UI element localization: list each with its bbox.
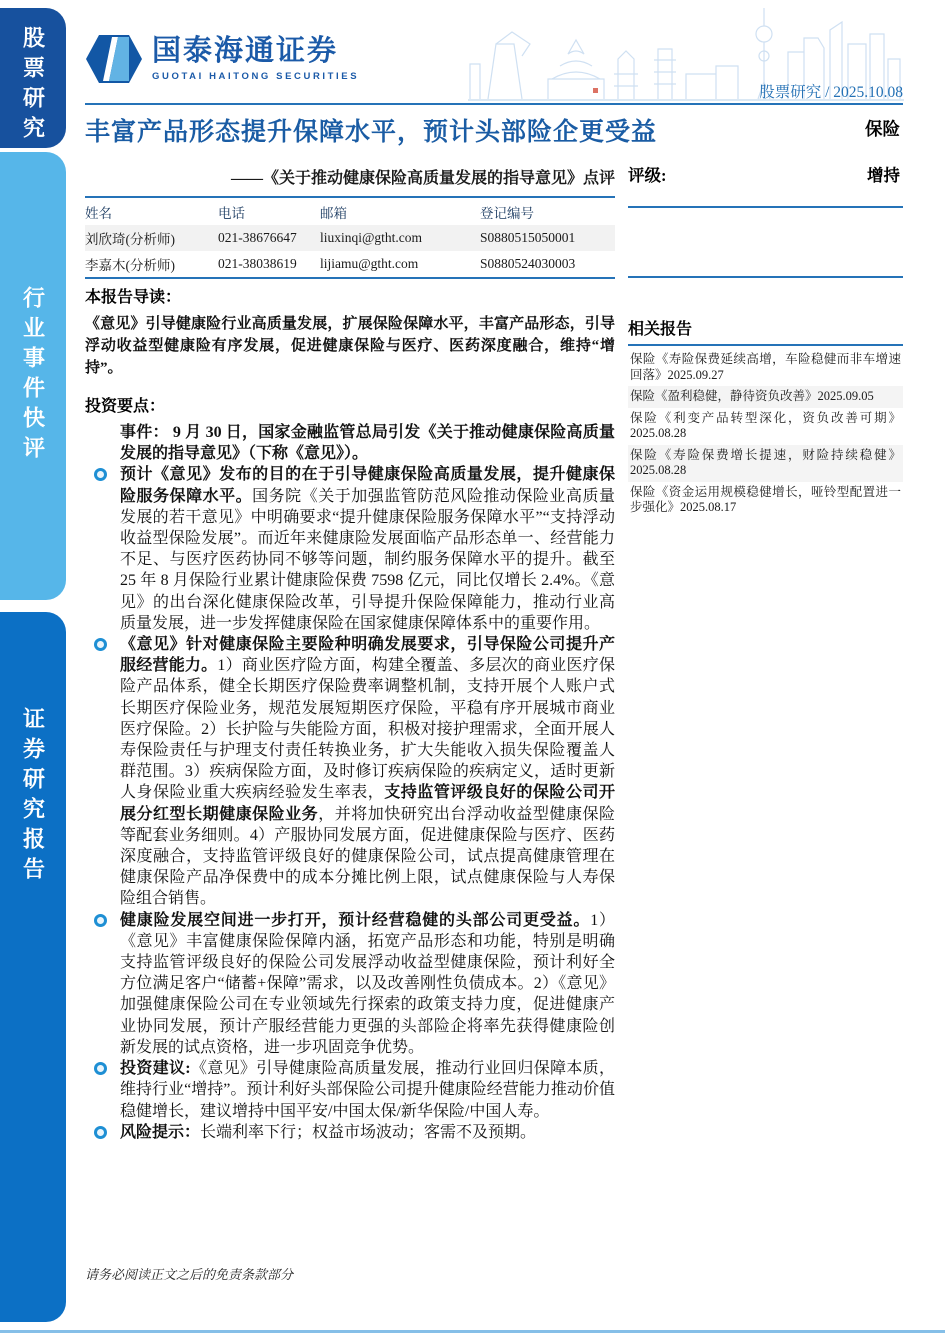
- lead-text: 《意见》引导健康险行业高质量发展，扩展保险保障水平，丰富产品形态，引导浮动收益型…: [85, 313, 615, 379]
- bullet-item: 风险提示：长端利率下行；权益市场波动；客需不及预期。: [85, 1122, 615, 1143]
- bullet-ring-icon: [94, 638, 107, 651]
- related-report-item: 保险《寿险保费增长提速，财险持续稳健》2025.08.28: [628, 445, 903, 482]
- related-report-item: 保险《资金运用规模稳健增长，哑铃型配置进一步强化》2025.08.17: [628, 482, 903, 519]
- analyst-row: 李嘉木(分析师) 021-38038619 lijiamu@gtht.com S…: [85, 251, 615, 278]
- bullet-ring-icon: [94, 468, 107, 481]
- ribbon-stock-research-label: 股票研究: [18, 26, 49, 146]
- industry-label: 保险: [628, 116, 900, 141]
- analyst-col-phone: 电话: [218, 197, 320, 225]
- rating-label: 评级:: [628, 162, 667, 186]
- page-bottom-rule: [0, 1330, 945, 1333]
- analyst-phone: 021-38038619: [218, 251, 320, 278]
- brand-text: 国泰海通证券 GUOTAI HAITONG SECURITIES: [152, 34, 359, 82]
- analyst-col-email: 邮箱: [320, 197, 480, 225]
- report-subtitle: ——《关于推动健康保险高质量发展的指导意见》点评: [85, 165, 615, 188]
- bullet-item: 预计《意见》发布的目的在于引导健康保险高质量发展，提升健康保险服务保障水平。国务…: [85, 464, 615, 634]
- points-title: 投资要点：: [85, 393, 615, 416]
- ribbon-industry-event-label: 行业事件快评: [18, 286, 49, 466]
- bullet-list: 事件： 9 月 30 日，国家金融监管总局引发《关于推动健康保险高质量发展的指导…: [85, 422, 615, 1143]
- analyst-table: 姓名 电话 邮箱 登记编号 刘欣琦(分析师) 021-38676647 liux…: [85, 196, 615, 279]
- report-title: 丰富产品形态提升保障水平，预计头部险企更受益: [85, 112, 625, 148]
- analyst-phone: 021-38676647: [218, 225, 320, 251]
- bullet-ring-icon: [94, 1126, 107, 1139]
- brand-logo: 国泰海通证券 GUOTAI HAITONG SECURITIES: [85, 34, 359, 84]
- report-page: 股票研究 行业事件快评 证券研究报告: [0, 0, 945, 1338]
- analyst-email: liuxinqi@gtht.com: [320, 225, 480, 251]
- rating-rule-top: [628, 206, 903, 208]
- bullet-item: 《意见》针对健康保险主要险种明确发展要求，引导保险公司提升产服经营能力。1）商业…: [85, 634, 615, 910]
- analyst-row: 刘欣琦(分析师) 021-38676647 liuxinqi@gtht.com …: [85, 225, 615, 251]
- analyst-name: 李嘉木(分析师): [85, 251, 218, 278]
- analyst-regno: S0880515050001: [480, 225, 615, 251]
- bullet-ring-icon: [94, 1062, 107, 1075]
- related-report-item: 保险《寿险保费延续高增，车险稳健而非车增速回落》2025.09.27: [628, 349, 903, 386]
- ribbon-industry-event: 行业事件快评: [0, 152, 66, 600]
- ribbon-securities-report-label: 证券研究报告: [18, 707, 49, 887]
- related-report-list: 保险《寿险保费延续高增，车险稳健而非车增速回落》2025.09.27保险《盈利稳…: [628, 349, 903, 519]
- report-body: 本报告导读： 《意见》引导健康险行业高质量发展，扩展保险保障水平，丰富产品形态，…: [85, 284, 615, 1143]
- analyst-regno: S0880524030003: [480, 251, 615, 278]
- lead-title: 本报告导读：: [85, 284, 615, 307]
- rating-row: 评级: 增持: [628, 162, 900, 186]
- brand-logo-icon: [85, 34, 143, 84]
- analyst-col-name: 姓名: [85, 197, 218, 225]
- skyline-red-accent: [593, 88, 598, 93]
- related-report-item: 保险《盈利稳健，静待资负改善》2025.09.05: [628, 386, 903, 408]
- rating-rule-bottom: [628, 276, 903, 278]
- bullet-item: 事件： 9 月 30 日，国家金融监管总局引发《关于推动健康保险高质量发展的指导…: [85, 422, 615, 464]
- rating-value: 增持: [867, 162, 900, 186]
- analyst-name: 刘欣琦(分析师): [85, 225, 218, 251]
- related-report-item: 保险《利变产品转型深化，资负改善可期》2025.08.28: [628, 408, 903, 445]
- related-reports-title: 相关报告: [628, 316, 903, 346]
- analyst-header-row: 姓名 电话 邮箱 登记编号: [85, 197, 615, 225]
- ribbon-stock-research: 股票研究: [0, 8, 66, 148]
- related-reports: 相关报告 保险《寿险保费延续高增，车险稳健而非车增速回落》2025.09.27保…: [628, 316, 903, 519]
- header-rule: [85, 103, 903, 105]
- analyst-col-regno: 登记编号: [480, 197, 615, 225]
- brand-name-en: GUOTAI HAITONG SECURITIES: [152, 71, 359, 82]
- header-category-date: 股票研究 / 2025.10.08: [628, 80, 903, 102]
- brand-name-cn: 国泰海通证券: [152, 34, 359, 68]
- bullet-item: 健康险发展空间进一步打开，预计经营稳健的头部公司更受益。1）《意见》丰富健康保险…: [85, 910, 615, 1058]
- disclaimer-note: 请务必阅读正文之后的免责条款部分: [85, 1264, 293, 1283]
- bullet-ring-icon: [94, 914, 107, 927]
- ribbon-securities-report: 证券研究报告: [0, 612, 66, 1322]
- analyst-email: lijiamu@gtht.com: [320, 251, 480, 278]
- bullet-item: 投资建议:《意见》引导健康险高质量发展，推动行业回归保障本质，维持行业“增持”。…: [85, 1058, 615, 1122]
